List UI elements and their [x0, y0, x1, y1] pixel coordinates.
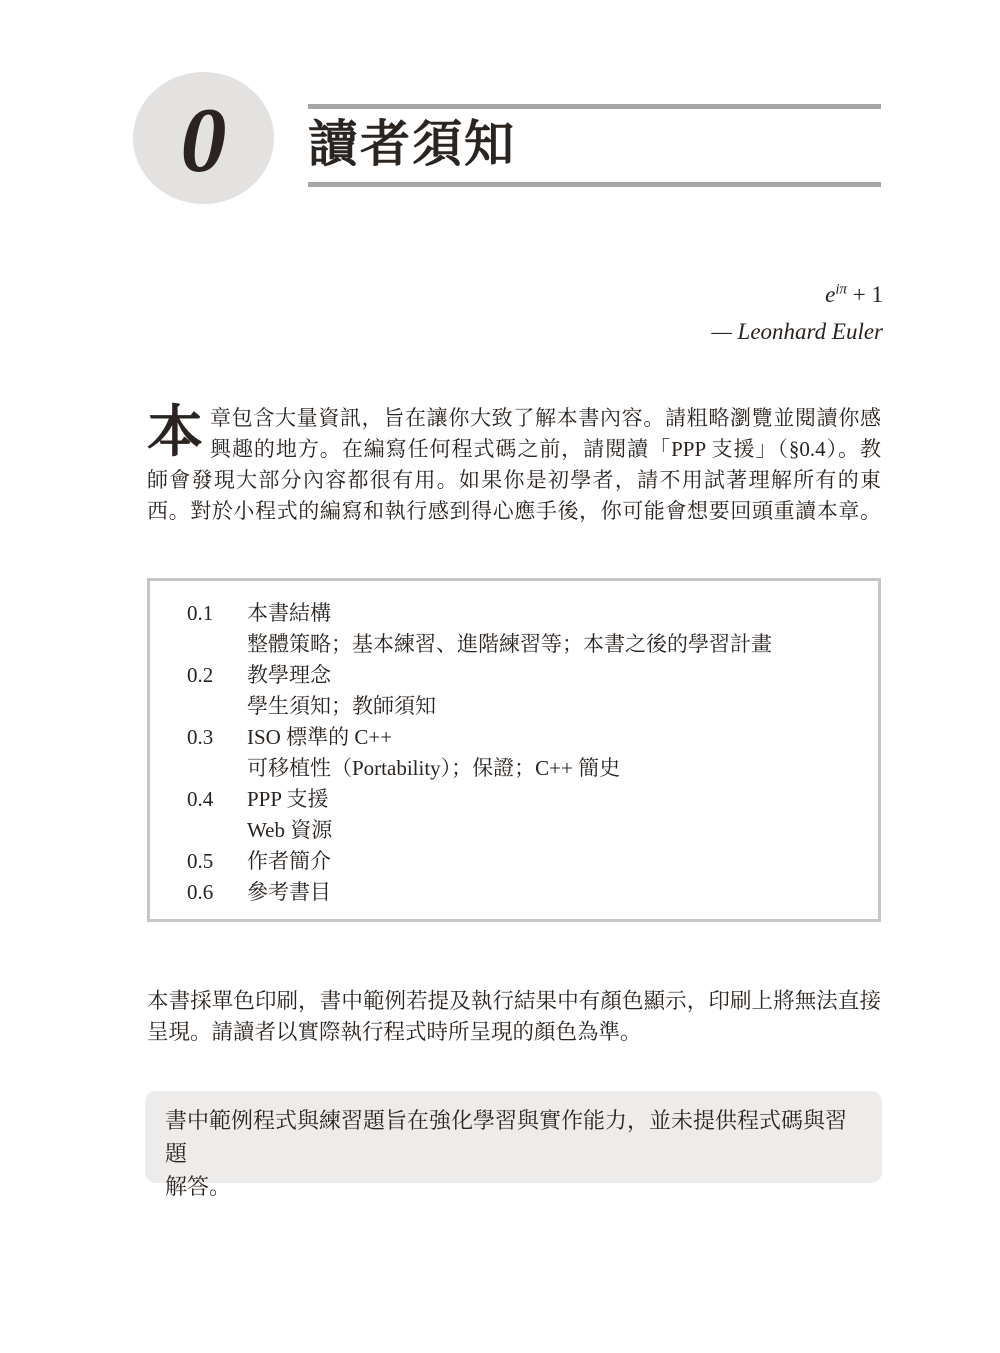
toc-section-title: 本書結構	[247, 598, 858, 629]
title-rule-bottom	[308, 182, 881, 187]
toc-row: 0.1 本書結構	[187, 598, 858, 629]
chapter-number: 0	[181, 90, 227, 186]
intro-line: 西。對於小程式的編寫和執行感到得心應手後，你可能會想要回頭重讀本章。	[147, 496, 881, 527]
mono-note-line: 呈現。請讀者以實際執行程式時所呈現的顏色為準。	[147, 1015, 881, 1046]
monochrome-note-paragraph: 本書採單色印刷，書中範例若提及執行結果中有顏色顯示，印刷上將無法直接 呈現。請讀…	[147, 984, 881, 1046]
exercise-note-line: 書中範例程式與練習題旨在強化學習與實作能力，並未提供程式碼與習題	[165, 1104, 862, 1170]
toc-section-title: PPP 支援	[247, 784, 858, 815]
book-page: 0 讀者須知 eiπ + 1 — Leonhard Euler 本 章包含大量資…	[0, 0, 1000, 1353]
toc-row: 0.5 作者簡介	[187, 846, 858, 877]
intro-line: 章包含大量資訊，旨在讓你大致了解本書內容。請粗略瀏覽並閱讀你感	[210, 403, 881, 434]
intro-paragraph: 本 章包含大量資訊，旨在讓你大致了解本書內容。請粗略瀏覽並閱讀你感 興趣的地方。…	[147, 403, 881, 527]
formula-base: e	[825, 282, 835, 307]
chapter-contents-box: 0.1 本書結構 整體策略；基本練習、進階練習等；本書之後的學習計畫 0.2 教…	[147, 578, 881, 922]
toc-section-subtitle: 可移植性（Portability）；保證；C++ 簡史	[247, 753, 858, 784]
toc-section-number: 0.6	[187, 877, 247, 908]
mono-note-line: 本書採單色印刷，書中範例若提及執行結果中有顏色顯示，印刷上將無法直接	[147, 984, 881, 1015]
toc-section-number	[187, 691, 247, 722]
epigraph: eiπ + 1 — Leonhard Euler	[483, 280, 883, 347]
toc-section-subtitle: 整體策略；基本練習、進階練習等；本書之後的學習計畫	[247, 629, 858, 660]
toc-section-subtitle: 學生須知；教師須知	[247, 691, 858, 722]
chapter-title: 讀者須知	[308, 114, 516, 174]
euler-formula: eiπ + 1	[483, 280, 883, 310]
toc-section-title: 教學理念	[247, 660, 858, 691]
toc-section-number	[187, 815, 247, 846]
toc-section-title: 作者簡介	[247, 846, 858, 877]
toc-section-number: 0.3	[187, 722, 247, 753]
toc-row: 0.4 PPP 支援	[187, 784, 858, 815]
exercise-note-box: 書中範例程式與練習題旨在強化學習與實作能力，並未提供程式碼與習題 解答。	[145, 1091, 882, 1183]
toc-section-title: 參考書目	[247, 877, 858, 908]
intro-line: 師會發現大部分內容都很有用。如果你是初學者，請不用試著理解所有的東	[147, 465, 881, 496]
toc-section-title: ISO 標準的 C++	[247, 722, 858, 753]
toc-section-number: 0.5	[187, 846, 247, 877]
dropcap: 本	[147, 403, 210, 465]
toc-section-subtitle: Web 資源	[247, 815, 858, 846]
toc-section-number: 0.1	[187, 598, 247, 629]
title-rule-top	[308, 104, 881, 109]
toc-row: 0.6 參考書目	[187, 877, 858, 908]
toc-row: 0.3 ISO 標準的 C++	[187, 722, 858, 753]
exercise-note-line: 解答。	[165, 1170, 862, 1203]
formula-exponent: iπ	[835, 281, 847, 297]
toc-section-number	[187, 753, 247, 784]
intro-line: 興趣的地方。在編寫任何程式碼之前，請閱讀「PPP 支援」（§0.4）。教	[210, 434, 881, 465]
toc-row: 0.2 教學理念	[187, 660, 858, 691]
toc-section-number	[187, 629, 247, 660]
toc-row: 可移植性（Portability）；保證；C++ 簡史	[187, 753, 858, 784]
toc-row: 整體策略；基本練習、進階練習等；本書之後的學習計畫	[187, 629, 858, 660]
toc-section-number: 0.4	[187, 784, 247, 815]
formula-rest: + 1	[847, 282, 883, 307]
toc-row: Web 資源	[187, 815, 858, 846]
epigraph-attribution: — Leonhard Euler	[483, 317, 883, 347]
chapter-number-badge: 0	[133, 72, 274, 204]
toc-section-number: 0.2	[187, 660, 247, 691]
toc-row: 學生須知；教師須知	[187, 691, 858, 722]
